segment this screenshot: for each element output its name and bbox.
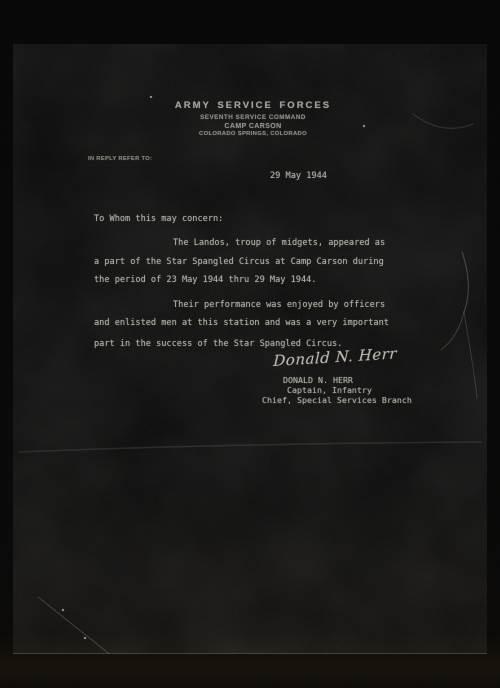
salutation: To Whom this may concern: bbox=[94, 210, 404, 228]
date-line: 29 May 1944 bbox=[270, 171, 327, 181]
letter-body: To Whom this may concern: The Landos, tr… bbox=[94, 210, 404, 354]
letterhead-location: COLORADO SPRINGS, COLORADO bbox=[19, 131, 487, 137]
signature-rank: Captain, Infantry bbox=[287, 385, 372, 395]
letter-paper: ARMY SERVICE FORCES SEVENTH SERVICE COMM… bbox=[13, 44, 487, 654]
letterhead-post: CAMP CARSON bbox=[19, 123, 487, 130]
body-line: Their performance was enjoyed by officer… bbox=[94, 296, 404, 314]
body-line: and enlisted men at this station and was… bbox=[94, 314, 404, 332]
reply-refer-label: IN REPLY REFER TO: bbox=[88, 156, 152, 162]
letterhead: ARMY SERVICE FORCES SEVENTH SERVICE COMM… bbox=[13, 44, 487, 137]
letterhead-sub-command: SEVENTH SERVICE COMMAND bbox=[19, 114, 487, 121]
dust-speck bbox=[84, 637, 86, 639]
body-line: a part of the Star Spangled Circus at Ca… bbox=[94, 253, 404, 271]
photograph: ARMY SERVICE FORCES SEVENTH SERVICE COMM… bbox=[0, 0, 500, 688]
signature-typed-name: DONALD N. HERR bbox=[283, 375, 353, 385]
dust-speck bbox=[62, 609, 64, 611]
body-line: the period of 23 May 1944 thru 29 May 19… bbox=[94, 271, 404, 289]
body-line: The Landos, troup of midgets, appeared a… bbox=[94, 234, 404, 252]
letterhead-command: ARMY SERVICE FORCES bbox=[19, 100, 487, 111]
signature-title: Chief, Special Services Branch bbox=[262, 395, 412, 405]
